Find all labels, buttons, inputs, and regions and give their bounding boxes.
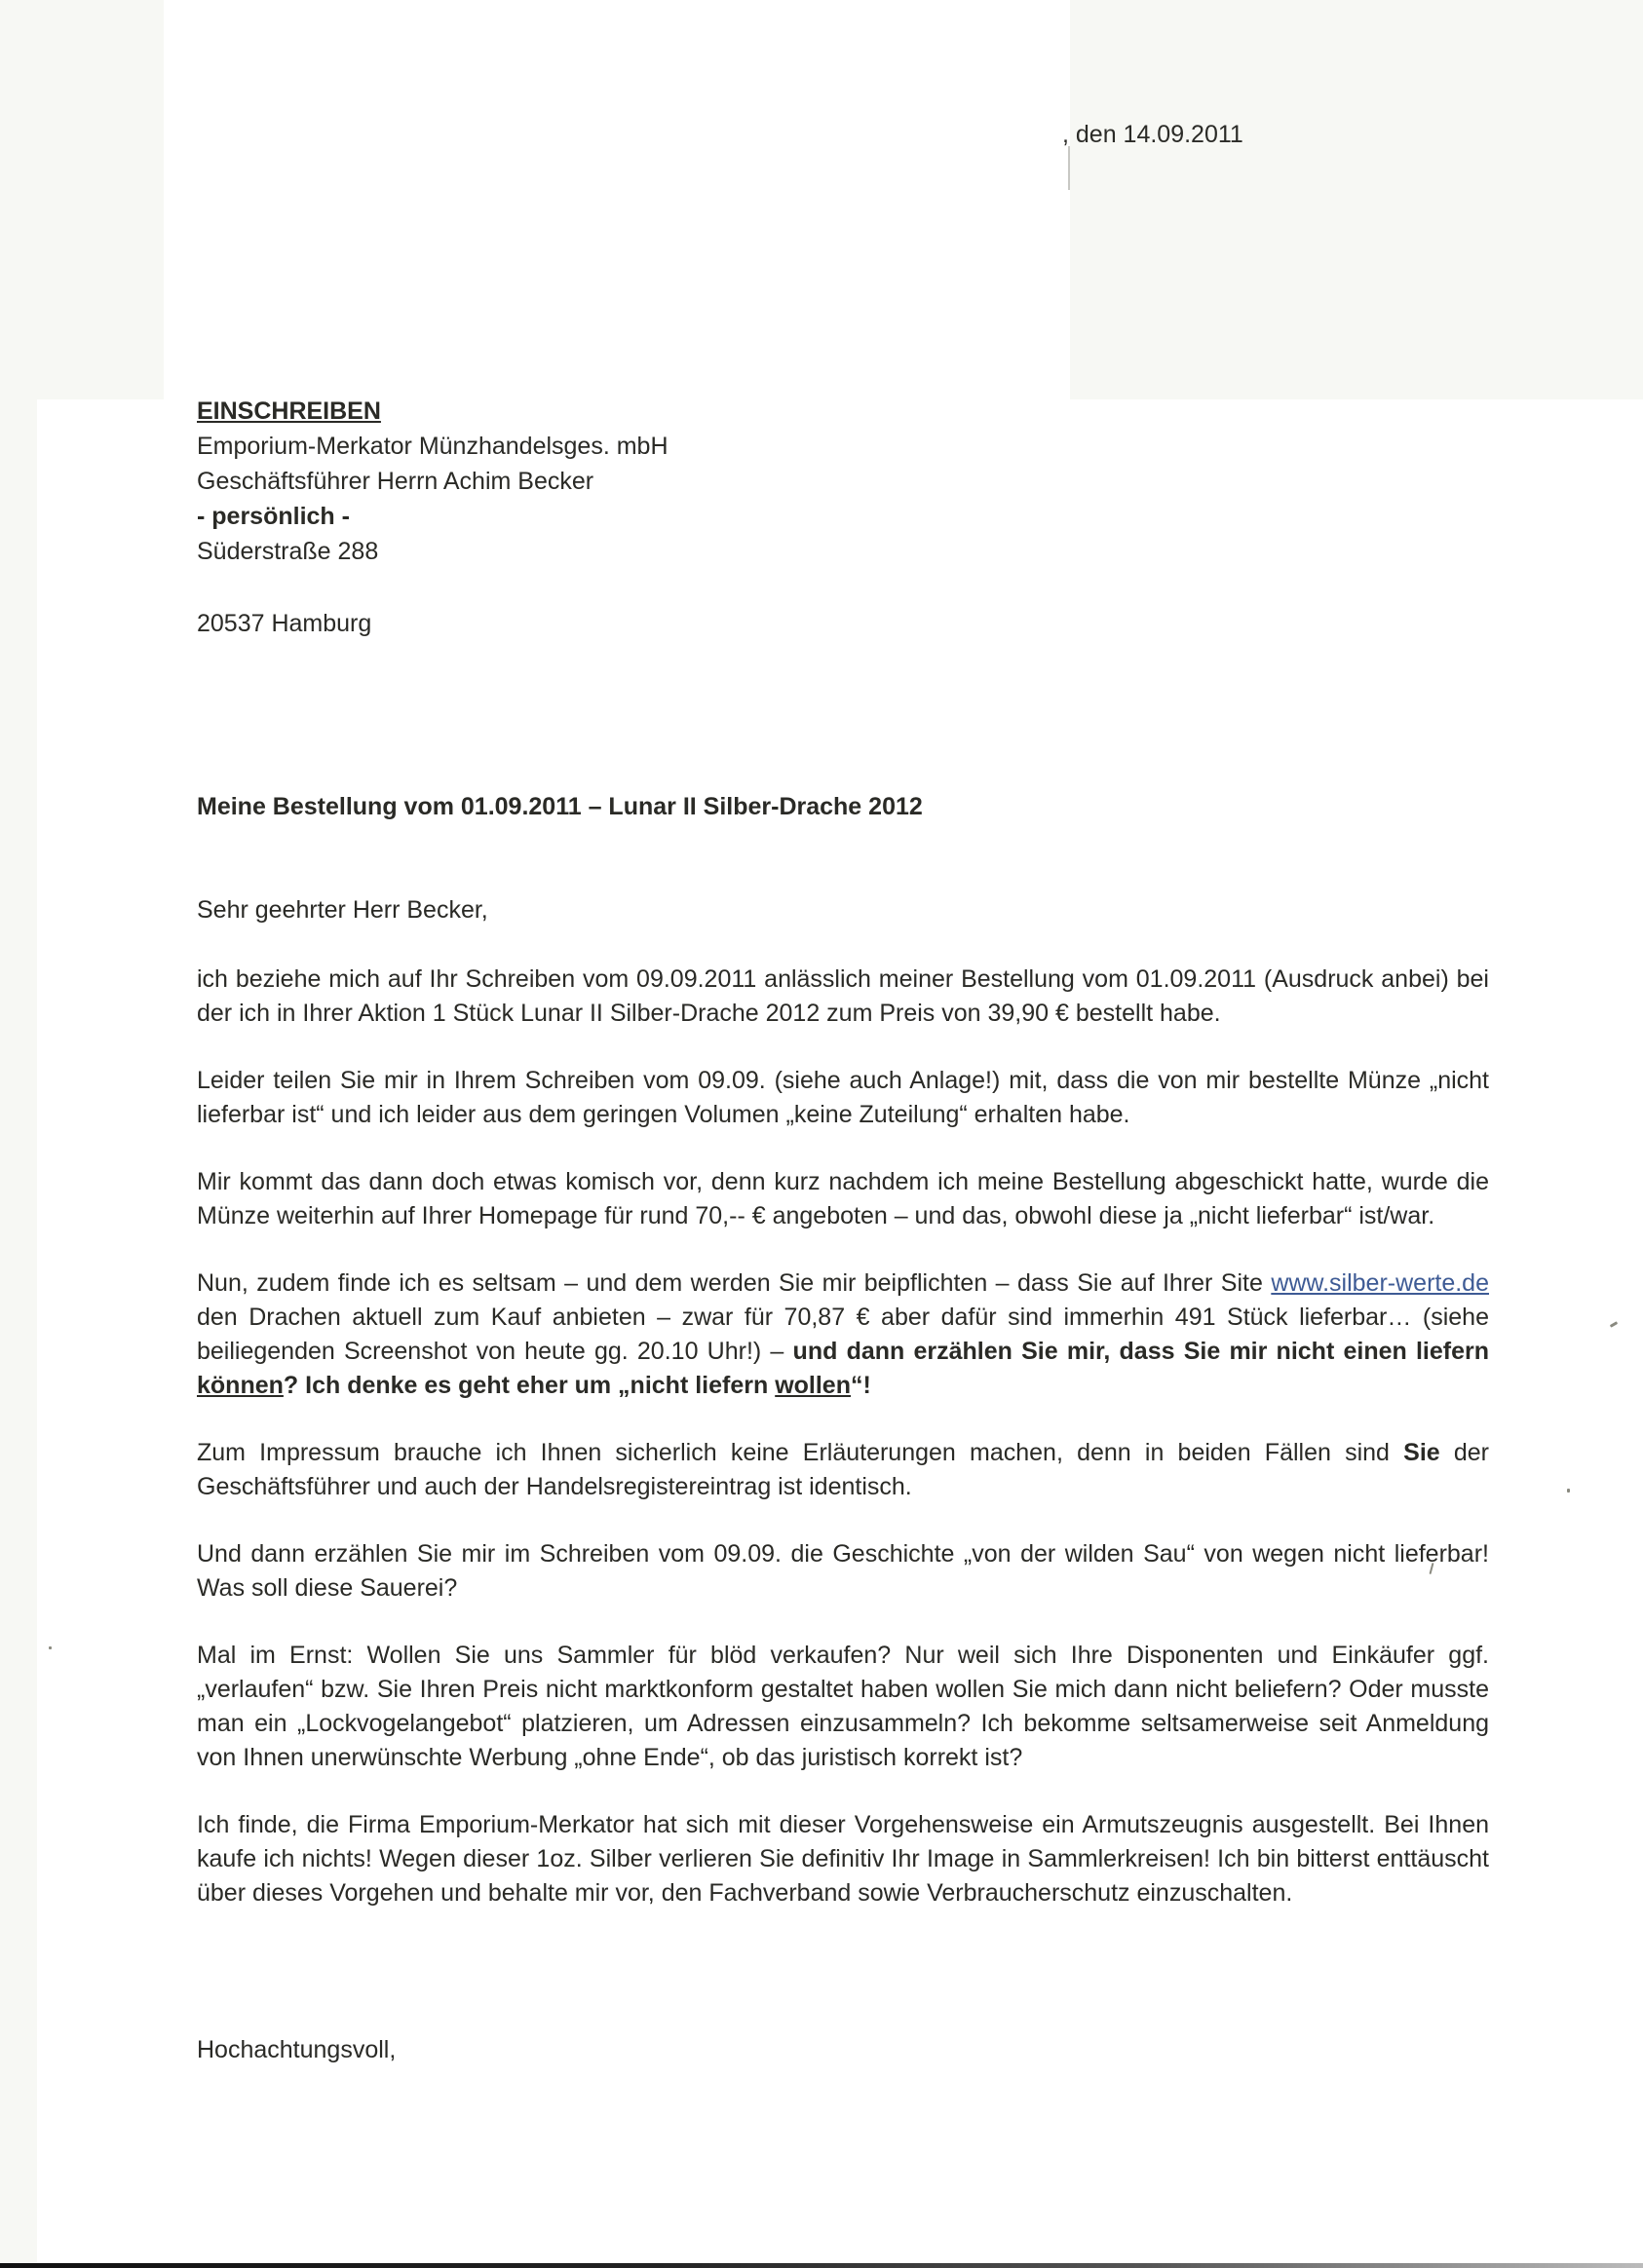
recipient-street: Süderstraße 288 [197,534,1489,569]
recipient-attention: Geschäftsführer Herrn Achim Becker [197,464,1489,499]
recipient-city: 20537 Hamburg [197,606,1489,641]
letter-closing: Hochachtungsvoll, [197,2036,396,2064]
emphasis-text: Sie [1403,1439,1440,1466]
letter-date: , den 14.09.2011 [1062,121,1243,149]
scanner-edge [0,2263,1643,2268]
paragraph: ich beziehe mich auf Ihr Schreiben vom 0… [197,963,1489,1031]
recipient-personal: - persönlich - [197,499,1489,534]
letter-body: ich beziehe mich auf Ihr Schreiben vom 0… [197,963,1489,1944]
paragraph: Mal im Ernst: Wollen Sie uns Sammler für… [197,1639,1489,1775]
paper-edge [1068,146,1070,190]
emphasis-text: “! [851,1372,871,1399]
paragraph: Und dann erzählen Sie mir im Schreiben v… [197,1537,1489,1606]
emphasis-underlined-text: wollen [775,1372,851,1399]
paragraph: Zum Impressum brauche ich Ihnen sicherli… [197,1436,1489,1504]
scan-speck [1567,1489,1570,1493]
scan-paper-overlay [164,0,1070,401]
website-link[interactable]: www.silber-werte.de [1271,1269,1489,1297]
emphasis-text: ? Ich denke es geht eher um „nicht liefe… [284,1372,775,1399]
emphasis-underlined-text: können [197,1372,284,1399]
paragraph: Mir kommt das dann doch etwas komisch vo… [197,1165,1489,1233]
letter-greeting: Sehr geehrter Herr Becker, [197,896,488,925]
emphasis-text: und dann erzählen Sie mir, dass Sie mir … [793,1338,1489,1365]
paragraph: Ich finde, die Firma Emporium-Merkator h… [197,1808,1489,1910]
recipient-address: EINSCHREIBEN Emporium-Merkator Münzhande… [197,394,1489,641]
paragraph-text: Nun, zudem finde ich es seltsam – und de… [197,1269,1271,1297]
mail-type-label: EINSCHREIBEN [197,394,1489,429]
paragraph-text: Zum Impressum brauche ich Ihnen sicherli… [197,1439,1403,1466]
scan-speck [49,1646,52,1649]
paragraph: Leider teilen Sie mir in Ihrem Schreiben… [197,1064,1489,1132]
recipient-company: Emporium-Merkator Münzhandelsges. mbH [197,429,1489,464]
letter-subject: Meine Bestellung vom 01.09.2011 – Lunar … [197,793,923,821]
paragraph: Nun, zudem finde ich es seltsam – und de… [197,1266,1489,1403]
